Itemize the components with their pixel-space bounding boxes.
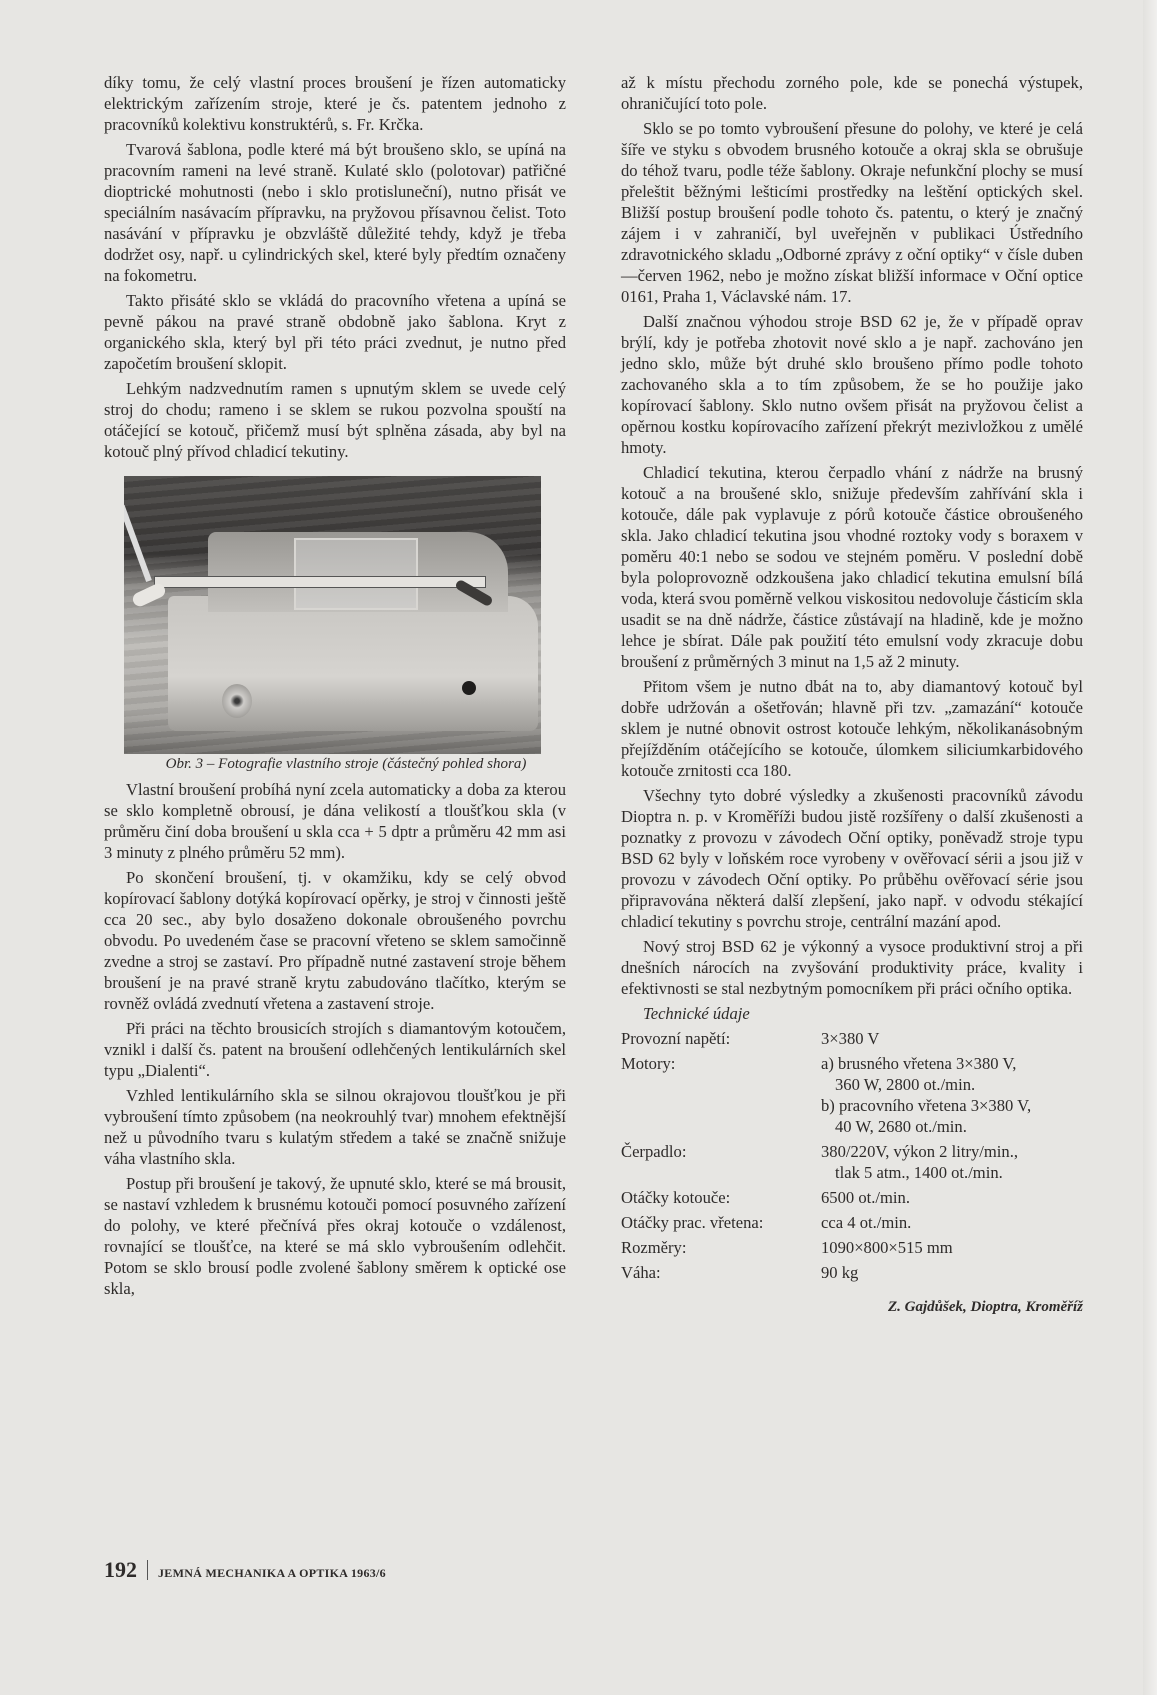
spec-value: a) brusného vřetena 3×380 V,360 W, 2800 … <box>821 1053 1083 1141</box>
spec-value-main: cca 4 ot./min. <box>821 1213 911 1232</box>
paragraph: Vzhled lentikulárního skla se silnou okr… <box>104 1085 566 1169</box>
spec-label: Rozměry: <box>621 1237 821 1262</box>
paragraph: díky tomu, že celý vlastní proces brouše… <box>104 72 566 135</box>
paragraph: Při práci na těchto brousicích strojích … <box>104 1018 566 1081</box>
paragraph: až k místu přechodu zorného pole, kde se… <box>621 72 1083 114</box>
figure-caption: Obr. 3 – Fotografie vlastního stroje (čá… <box>104 754 566 775</box>
spec-value-line: 40 W, 2680 ot./min. <box>821 1116 1083 1137</box>
spec-value-main: 6500 ot./min. <box>821 1188 910 1207</box>
spec-value: 90 kg <box>821 1262 1083 1287</box>
paragraph: Postup při broušení je takový, že upnuté… <box>104 1173 566 1299</box>
spec-value-main: a) brusného vřetena 3×380 V, <box>821 1054 1016 1073</box>
paragraph: Sklo se po tomto vybroušení přesune do p… <box>621 118 1083 307</box>
spec-value-main: 90 kg <box>821 1263 858 1282</box>
figure: Obr. 3 – Fotografie vlastního stroje (čá… <box>104 476 566 775</box>
spec-value-line: tlak 5 atm., 1400 ot./min. <box>821 1162 1083 1183</box>
spec-value: 1090×800×515 mm <box>821 1237 1083 1262</box>
spec-row: Rozměry:1090×800×515 mm <box>621 1237 1083 1262</box>
paragraph: Přitom všem je nutno dbát na to, aby dia… <box>621 676 1083 781</box>
spec-row: Motory:a) brusného vřetena 3×380 V,360 W… <box>621 1053 1083 1141</box>
spec-value-main: 3×380 V <box>821 1029 879 1048</box>
spec-label: Otáčky prac. vřetena: <box>621 1212 821 1237</box>
spec-value: 3×380 V <box>821 1028 1083 1053</box>
spec-label: Čerpadlo: <box>621 1141 821 1187</box>
spec-row: Čerpadlo:380/220V, výkon 2 litry/min.,tl… <box>621 1141 1083 1187</box>
spec-row: Otáčky kotouče:6500 ot./min. <box>621 1187 1083 1212</box>
paragraph: Chladicí tekutina, kterou čerpadlo vhání… <box>621 462 1083 672</box>
spec-value: cca 4 ot./min. <box>821 1212 1083 1237</box>
left-handle <box>131 581 168 608</box>
spec-label: Otáčky kotouče: <box>621 1187 821 1212</box>
paragraph: Po skončení broušení, tj. v okamžiku, kd… <box>104 867 566 1014</box>
paragraph: Nový stroj BSD 62 je výkonný a vysoce pr… <box>621 936 1083 999</box>
knob-icon <box>222 684 252 718</box>
page-footer: 192 JEMNÁ MECHANIKA A OPTIKA 1963/6 <box>104 1557 386 1583</box>
left-column: díky tomu, že celý vlastní proces brouše… <box>104 72 566 1303</box>
page-number: 192 <box>104 1557 137 1583</box>
paragraph: Všechny tyto dobré výsledky a zkušenosti… <box>621 785 1083 932</box>
author-signature: Z. Gajdůšek, Dioptra, Kroměříž <box>621 1297 1083 1318</box>
spec-value-main: 1090×800×515 mm <box>821 1238 953 1257</box>
stop-button-icon <box>462 681 476 695</box>
spec-value-line: b) pracovního vřetena 3×380 V, <box>821 1095 1083 1116</box>
tech-specs-title: Technické údaje <box>621 1003 1083 1024</box>
spec-label: Motory: <box>621 1053 821 1141</box>
spec-value-main: 380/220V, výkon 2 litry/min., <box>821 1142 1018 1161</box>
spec-row: Provozní napětí:3×380 V <box>621 1028 1083 1053</box>
paragraph: Takto přisáté sklo se vkládá do pracovní… <box>104 290 566 374</box>
right-column: až k místu přechodu zorného pole, kde se… <box>621 72 1083 1318</box>
spec-row: Otáčky prac. vřetena:cca 4 ot./min. <box>621 1212 1083 1237</box>
spec-label: Provozní napětí: <box>621 1028 821 1053</box>
paragraph: Vlastní broušení probíhá nyní zcela auto… <box>104 779 566 863</box>
spec-row: Váha:90 kg <box>621 1262 1083 1287</box>
machine-base <box>168 596 538 731</box>
paragraph: Tvarová šablona, podle které má být brou… <box>104 139 566 286</box>
paragraph: Další značnou výhodou stroje BSD 62 je, … <box>621 311 1083 458</box>
spec-value-line: 360 W, 2800 ot./min. <box>821 1074 1083 1095</box>
footer-divider <box>147 1560 148 1580</box>
page-edge <box>1143 0 1157 1695</box>
tech-specs-table: Provozní napětí:3×380 VMotory:a) brusnéh… <box>621 1028 1083 1287</box>
spec-label: Váha: <box>621 1262 821 1287</box>
paragraph: Lehkým nadzvednutím ramen s upnutým skle… <box>104 378 566 462</box>
lever-icon <box>124 505 152 582</box>
spec-value: 6500 ot./min. <box>821 1187 1083 1212</box>
machine-photo <box>124 476 541 754</box>
spindle-rail <box>154 576 486 588</box>
spec-value: 380/220V, výkon 2 litry/min.,tlak 5 atm.… <box>821 1141 1083 1187</box>
glass-cover <box>294 538 418 610</box>
journal-title: JEMNÁ MECHANIKA A OPTIKA 1963/6 <box>158 1566 386 1581</box>
